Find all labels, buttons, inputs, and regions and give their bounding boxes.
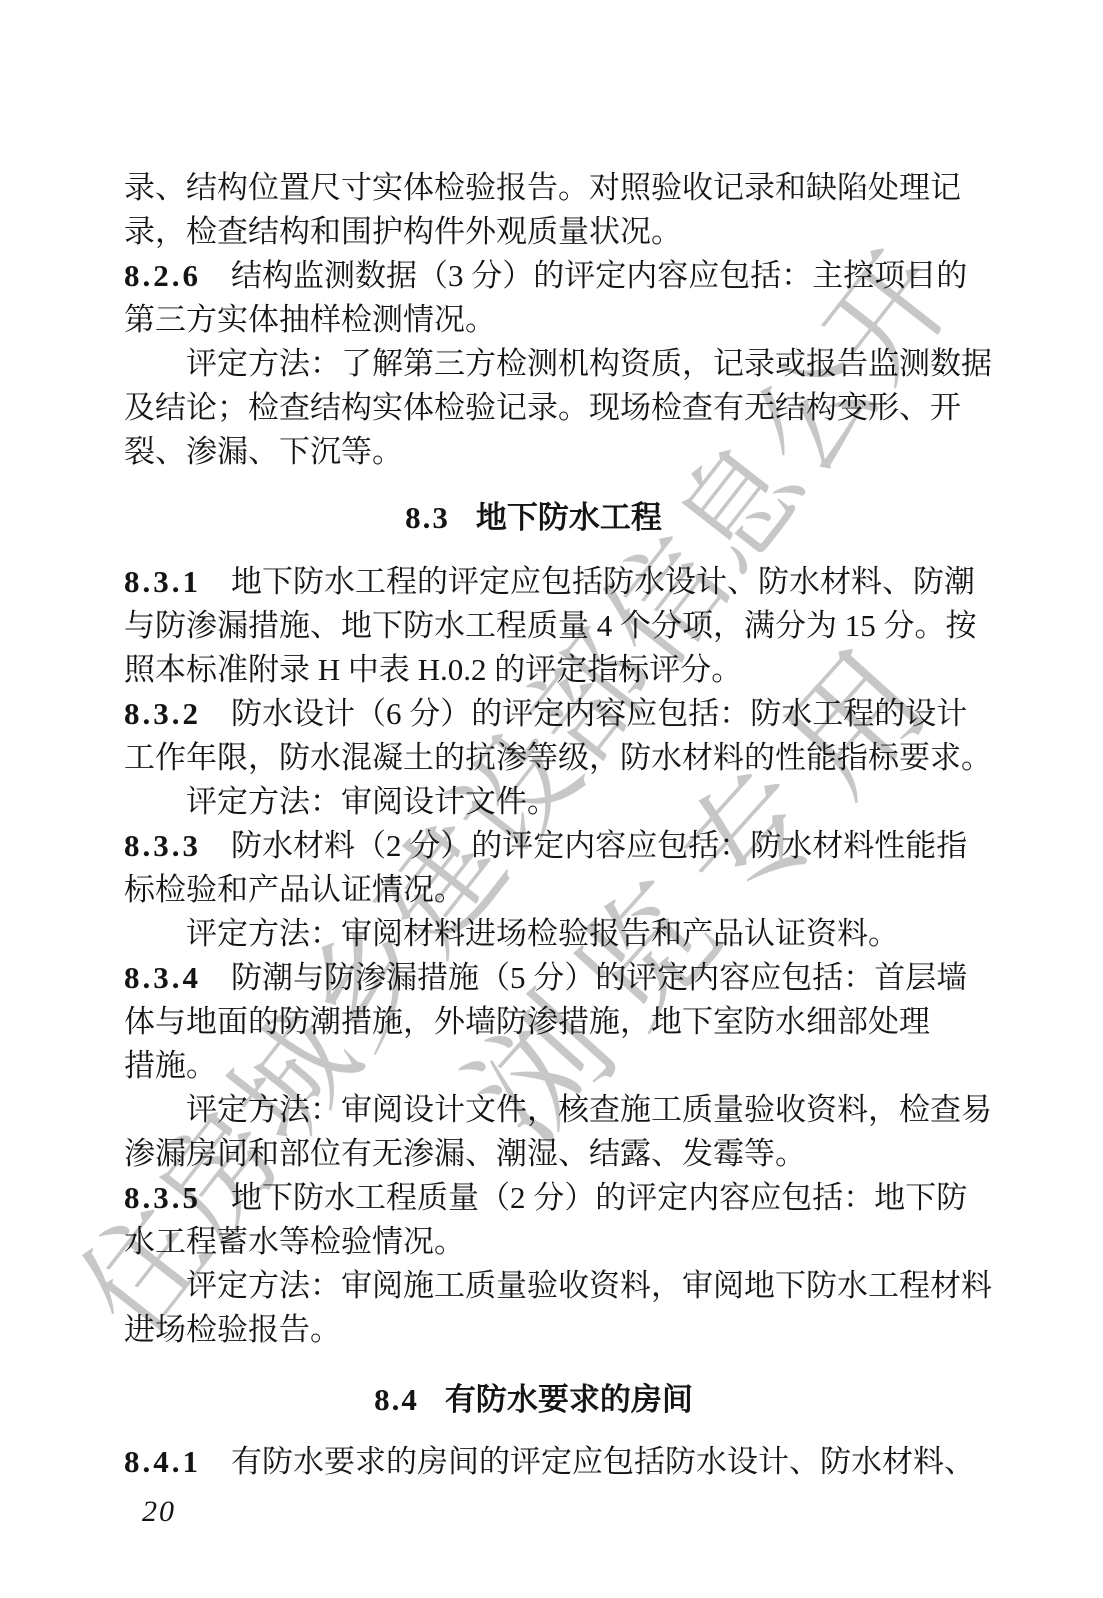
- clause-number: 8.2.6: [124, 258, 201, 293]
- clause-8-4-1-line: 8.4.1有防水要求的房间的评定应包括防水设计、防水材料、: [124, 1440, 943, 1484]
- text-line: 裂、渗漏、下沉等。: [124, 430, 943, 474]
- clause-8-3-2-line: 8.3.2防水设计（6 分）的评定内容应包括：防水工程的设计: [124, 692, 943, 736]
- clause-8-3-4-line: 8.3.4防潮与防渗漏措施（5 分）的评定内容应包括：首层墙: [124, 956, 943, 1000]
- clause-8-2-6-line: 8.2.6结构监测数据（3 分）的评定内容应包括：主控项目的: [124, 254, 943, 298]
- clause-text: 地下防水工程的评定应包括防水设计、防水材料、防潮: [231, 564, 975, 599]
- clause-text: 地下防水工程质量（2 分）的评定内容应包括：地下防: [231, 1180, 967, 1215]
- clause-text: 防水设计（6 分）的评定内容应包括：防水工程的设计: [231, 696, 967, 731]
- page-text-block: 录、结构位置尺寸实体检验报告。对照验收记录和缺陷处理记 录，检查结构和围护构件外…: [0, 0, 1103, 1532]
- text-line: 评定方法：审阅设计文件，核查施工质量验收资料，检查易: [124, 1088, 943, 1132]
- clause-text: 防水材料（2 分）的评定内容应包括：防水材料性能指: [231, 828, 967, 863]
- text-line: 工作年限，防水混凝土的抗渗等级，防水材料的性能指标要求。: [124, 736, 943, 780]
- clause-text: 结构监测数据（3 分）的评定内容应包括：主控项目的: [231, 258, 967, 293]
- text-line: 照本标准附录 H 中表 H.0.2 的评定指标评分。: [124, 648, 943, 692]
- clause-number: 8.3.4: [124, 960, 201, 995]
- clause-number: 8.3.1: [124, 564, 201, 599]
- clause-number: 8.4.1: [124, 1444, 201, 1479]
- clause-number: 8.3.5: [124, 1180, 201, 1215]
- clause-number: 8.3.3: [124, 828, 201, 863]
- text-line: 第三方实体抽样检测情况。: [124, 298, 943, 342]
- text-line: 标检验和产品认证情况。: [124, 868, 943, 912]
- text-line: 评定方法：了解第三方检测机构资质，记录或报告监测数据: [124, 342, 943, 386]
- text-line: 评定方法：审阅设计文件。: [124, 780, 943, 824]
- section-heading-8-4: 8.4有防水要求的房间: [124, 1378, 943, 1422]
- text-line: 进场检验报告。: [124, 1308, 943, 1352]
- clause-text: 防潮与防渗漏措施（5 分）的评定内容应包括：首层墙: [231, 960, 967, 995]
- text-line: 录，检查结构和围护构件外观质量状况。: [124, 210, 943, 254]
- text-line: 评定方法：审阅材料进场检验报告和产品认证资料。: [124, 912, 943, 956]
- section-heading-8-3: 8.3地下防水工程: [124, 496, 943, 540]
- clause-8-3-5-line: 8.3.5地下防水工程质量（2 分）的评定内容应包括：地下防: [124, 1176, 943, 1220]
- text-line: 与防渗漏措施、地下防水工程质量 4 个分项，满分为 15 分。按: [124, 604, 943, 648]
- clause-8-3-3-line: 8.3.3防水材料（2 分）的评定内容应包括：防水材料性能指: [124, 824, 943, 868]
- clause-8-3-1-line: 8.3.1地下防水工程的评定应包括防水设计、防水材料、防潮: [124, 560, 943, 604]
- text-line: 体与地面的防潮措施，外墙防渗措施，地下室防水细部处理: [124, 1000, 943, 1044]
- clause-number: 8.3.2: [124, 696, 201, 731]
- text-line: 录、结构位置尺寸实体检验报告。对照验收记录和缺陷处理记: [124, 166, 943, 210]
- text-line: 评定方法：审阅施工质量验收资料，审阅地下防水工程材料: [124, 1264, 943, 1308]
- text-line: 水工程蓄水等检验情况。: [124, 1220, 943, 1264]
- clause-text: 有防水要求的房间的评定应包括防水设计、防水材料、: [231, 1444, 975, 1479]
- page-number: 20: [124, 1492, 943, 1532]
- section-title: 有防水要求的房间: [445, 1382, 693, 1417]
- section-number: 8.4: [374, 1382, 419, 1417]
- text-line: 措施。: [124, 1044, 943, 1088]
- section-number: 8.3: [405, 500, 450, 535]
- section-title: 地下防水工程: [476, 500, 662, 535]
- text-line: 及结论；检查结构实体检验记录。现场检查有无结构变形、开: [124, 386, 943, 430]
- text-line: 渗漏房间和部位有无渗漏、潮湿、结露、发霉等。: [124, 1132, 943, 1176]
- document-page: 住房城乡建设部信息公开 浏览专用 录、结构位置尺寸实体检验报告。对照验收记录和缺…: [0, 0, 1103, 1598]
